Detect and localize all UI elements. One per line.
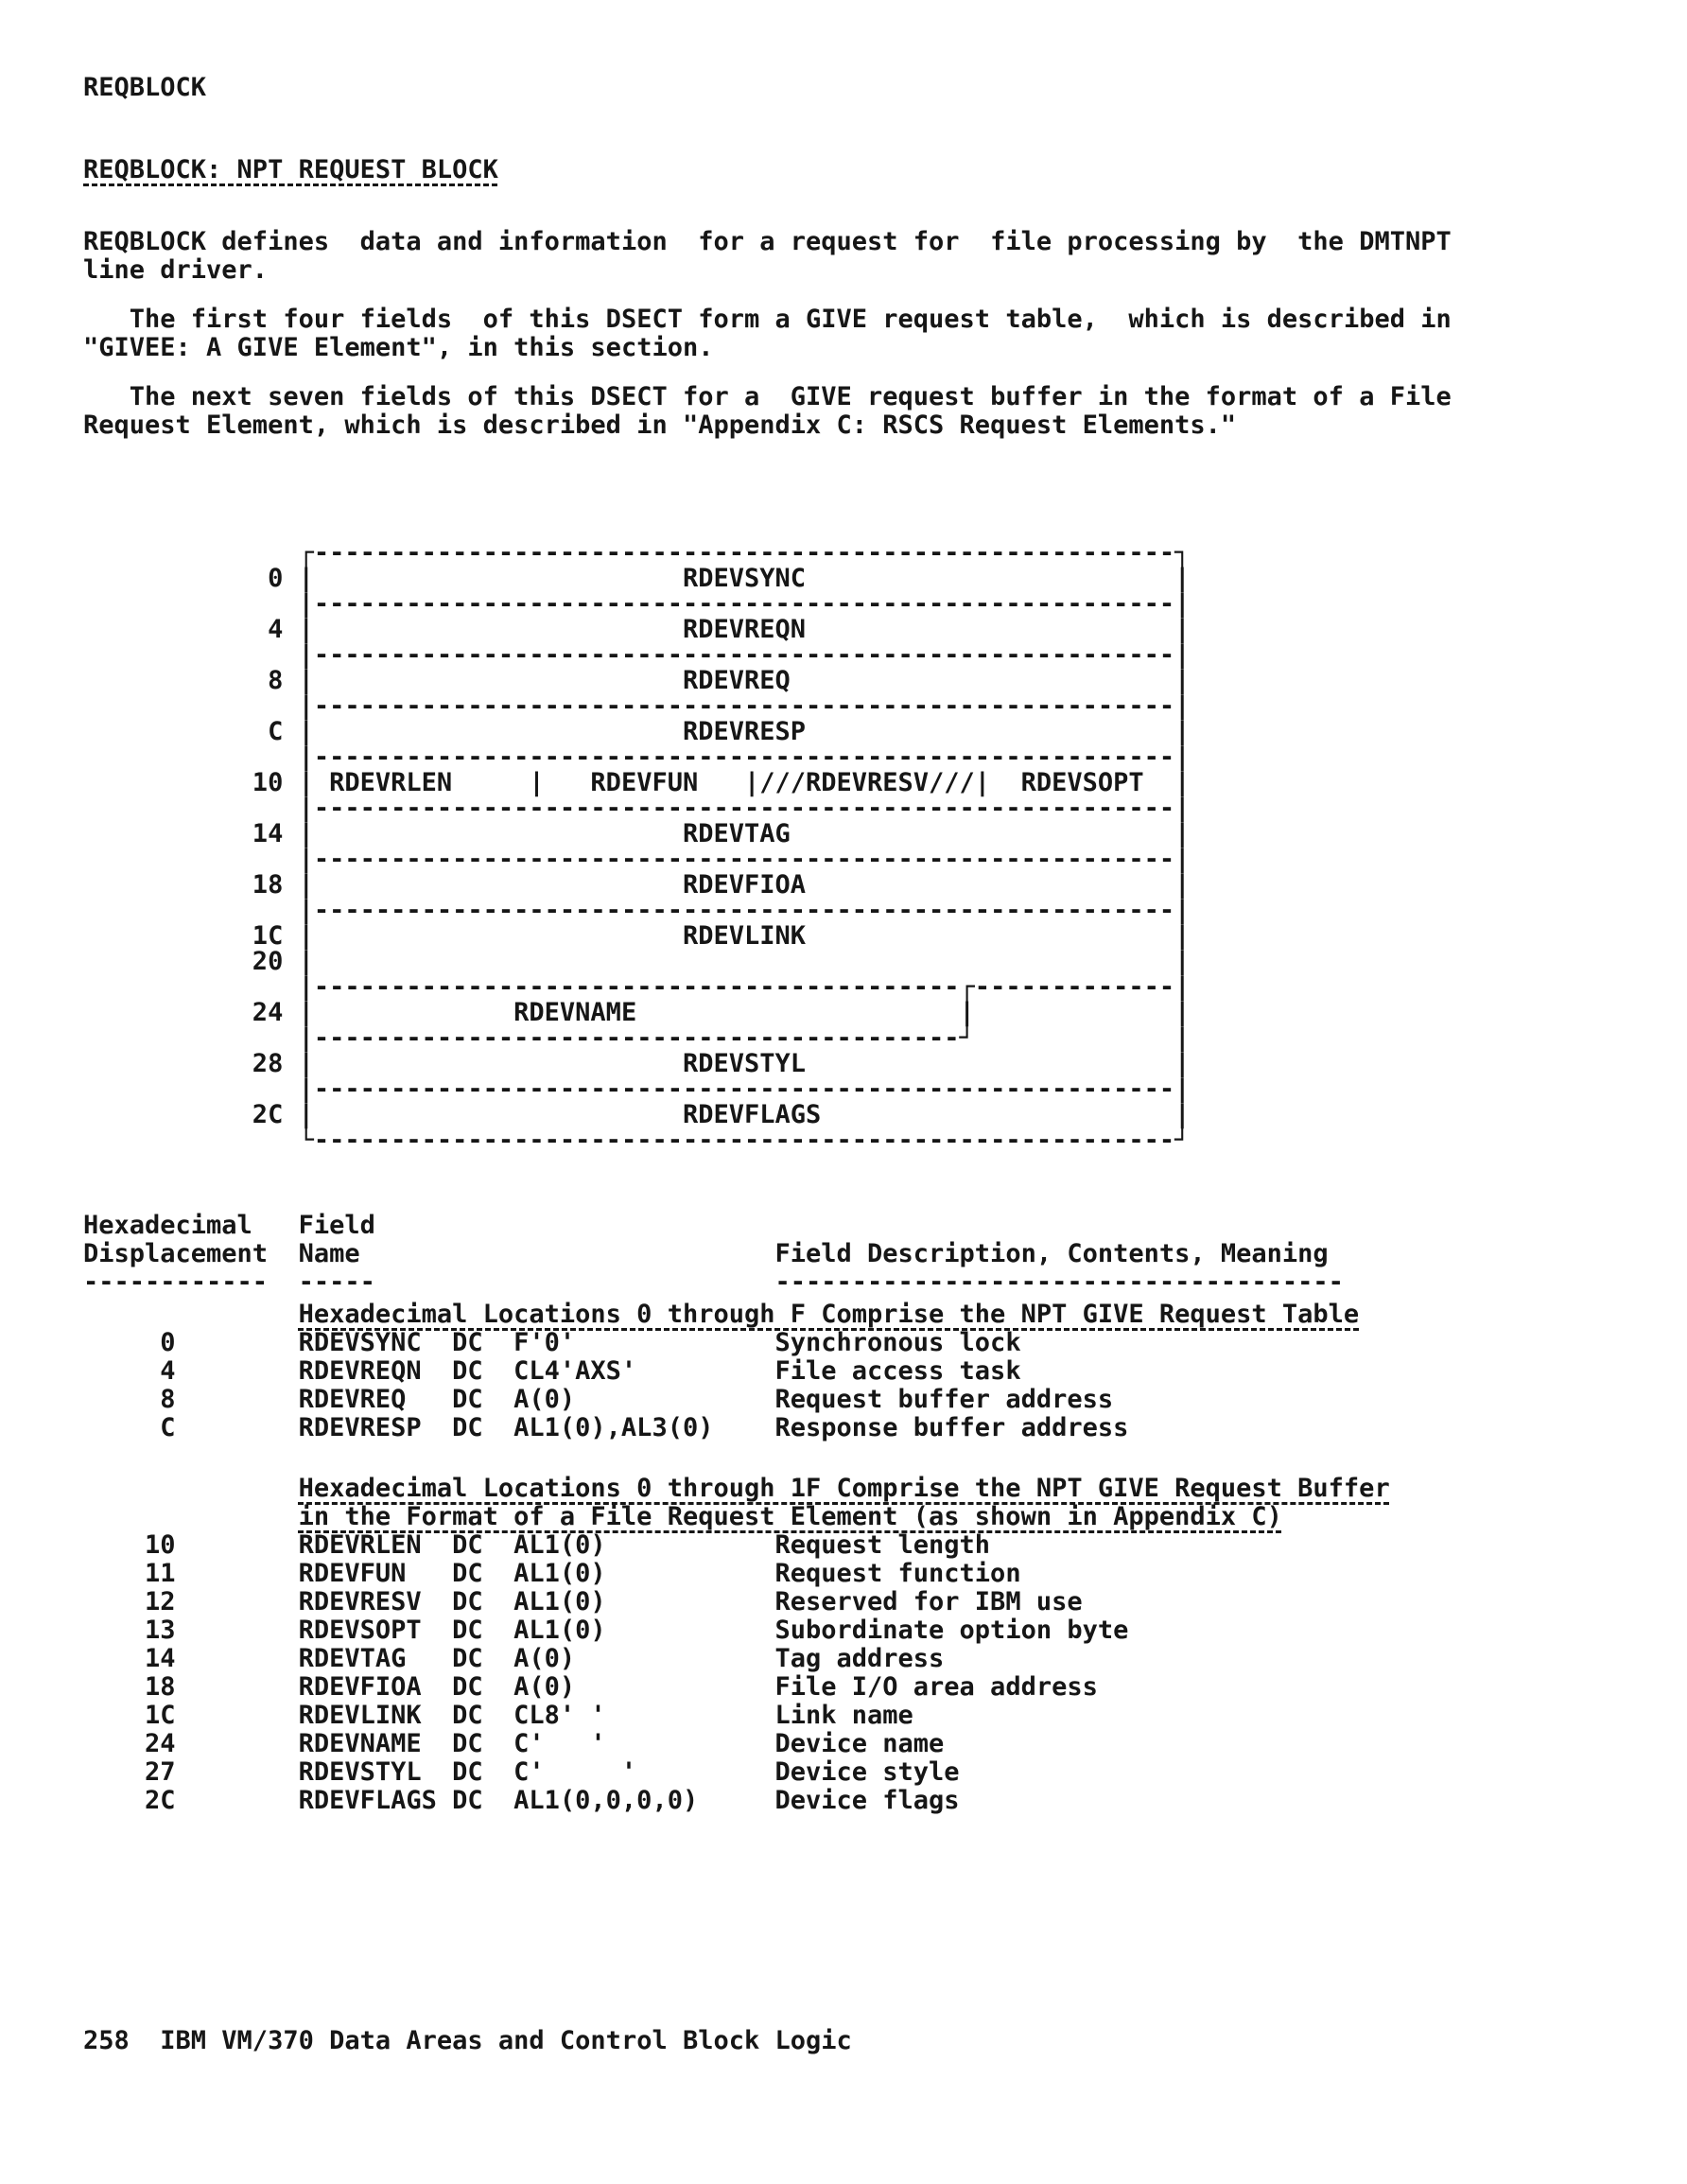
cell-displacement: 24: [83, 1730, 176, 1758]
running-head: REQBLOCK: [83, 74, 1687, 102]
cell-operand: CL8' ': [513, 1702, 606, 1730]
rule-displacement: ------------: [83, 1268, 268, 1297]
table-row: 27 RDEVSTYL DC C' ' Device style: [83, 1758, 1687, 1787]
cell-field-name: RDEVRLEN: [299, 1531, 422, 1560]
cell-field-name: RDEVFLAGS: [299, 1787, 437, 1815]
cell-displacement: 2C: [83, 1787, 176, 1815]
cell-displacement: 11: [83, 1560, 176, 1588]
cell-displacement: 27: [83, 1758, 176, 1787]
cell-dc: DC: [452, 1560, 483, 1588]
cell-description: Request buffer address: [774, 1386, 1113, 1414]
cell-description: File access task: [774, 1357, 1020, 1386]
paragraph-line: line driver.: [83, 256, 1687, 285]
cell-dc: DC: [452, 1787, 483, 1815]
cell-field-name: RDEVSTYL: [299, 1758, 422, 1787]
cell-description: Subordinate option byte: [774, 1616, 1128, 1645]
cell-dc: DC: [452, 1702, 483, 1730]
col-header-description: Field Description, Contents, Meaning: [774, 1240, 1328, 1268]
cell-description: Response buffer address: [774, 1414, 1128, 1442]
diagram-line: C | RDEVRESP |: [83, 719, 1687, 744]
cell-field-name: RDEVFIOA: [299, 1673, 422, 1702]
diagram-line: 24 | RDEVNAME | |: [83, 1000, 1687, 1025]
paragraph-give-buffer: The next seven fields of this DSECT for …: [83, 383, 1687, 440]
cell-field-name: RDEVREQ: [299, 1386, 407, 1414]
cell-operand: AL1(0): [513, 1560, 606, 1588]
col-header-displacement-1: Hexadecimal: [83, 1212, 252, 1240]
diagram-line: |---------------------------------------…: [83, 795, 1687, 821]
cell-description: Reserved for IBM use: [774, 1588, 1082, 1616]
page-title: REQBLOCK: NPT REQUEST BLOCK: [83, 155, 498, 184]
table-header-rule: ------------ ----- ---------------------…: [83, 1268, 1687, 1297]
paragraph-line: REQBLOCK defines data and information fo…: [83, 228, 1687, 256]
cell-dc: DC: [452, 1414, 483, 1442]
cell-displacement: 8: [83, 1386, 176, 1414]
section-heading-give-request-buffer-2: in the Format of a File Request Element …: [83, 1503, 1687, 1531]
table-row: 24 RDEVNAME DC C' ' Device name: [83, 1730, 1687, 1758]
cell-displacement: 18: [83, 1673, 176, 1702]
diagram-line: |---------------------------------------…: [83, 1076, 1687, 1102]
cell-operand: A(0): [513, 1386, 575, 1414]
cell-displacement: 14: [83, 1645, 176, 1673]
cell-description: Request function: [774, 1560, 1020, 1588]
cell-dc: DC: [452, 1386, 483, 1414]
col-header-name-1: Field: [299, 1212, 375, 1240]
diagram-line: ┌---------------------------------------…: [83, 540, 1687, 566]
cell-field-name: RDEVSYNC: [299, 1329, 422, 1357]
cell-field-name: RDEVFUN: [299, 1560, 407, 1588]
page-footer: 258 IBM VM/370 Data Areas and Control Bl…: [83, 2026, 852, 2055]
table-row: 8 RDEVREQ DC A(0) Request buffer address: [83, 1386, 1687, 1414]
table-row: 18 RDEVFIOA DC A(0) File I/O area addres…: [83, 1673, 1687, 1702]
table-row: C RDEVRESP DC AL1(0),AL3(0) Response buf…: [83, 1414, 1687, 1442]
cell-dc: DC: [452, 1329, 483, 1357]
cell-operand: C' ': [513, 1758, 636, 1787]
scanned-manual-page: { "page": { "running_head": "REQBLOCK", …: [0, 0, 1687, 2184]
diagram-line: |---------------------------------------…: [83, 642, 1687, 668]
cell-displacement: 10: [83, 1531, 176, 1560]
table-row: 0 RDEVSYNC DC F'0' Synchronous lock: [83, 1329, 1687, 1357]
section-heading-give-request-buffer: Hexadecimal Locations 0 through 1F Compr…: [83, 1475, 1687, 1503]
table-header-line-1: Hexadecimal Field: [83, 1212, 1687, 1240]
cell-description: Device flags: [774, 1787, 959, 1815]
cell-field-name: RDEVTAG: [299, 1645, 407, 1673]
paragraph-line: "GIVEE: A GIVE Element", in this section…: [83, 334, 1687, 362]
col-header-displacement-2: Displacement: [83, 1240, 268, 1268]
diagram-line: 0 | RDEVSYNC |: [83, 566, 1687, 591]
rule-description: -------------------------------------: [774, 1268, 1343, 1297]
diagram-line: 10 | RDEVRLEN | RDEVFUN |///RDEVRESV///|…: [83, 770, 1687, 795]
table-row: 1C RDEVLINK DC CL8' ' Link name: [83, 1702, 1687, 1730]
diagram-line: 18 | RDEVFIOA |: [83, 872, 1687, 898]
diagram-line: |---------------------------------------…: [83, 1025, 1687, 1051]
diagram-line: 20 | |: [83, 949, 1687, 974]
cell-field-name: RDEVREQN: [299, 1357, 422, 1386]
cell-field-name: RDEVNAME: [299, 1730, 422, 1758]
cell-field-name: RDEVLINK: [299, 1702, 422, 1730]
section-heading-give-request-table: Hexadecimal Locations 0 through F Compri…: [83, 1301, 1687, 1329]
diagram-line: 4 | RDEVREQN |: [83, 617, 1687, 642]
diagram-line: |---------------------------------------…: [83, 898, 1687, 923]
cell-displacement: 0: [83, 1329, 176, 1357]
cell-description: Link name: [774, 1702, 913, 1730]
cell-operand: CL4'AXS': [513, 1357, 636, 1386]
diagram-line: |---------------------------------------…: [83, 744, 1687, 770]
dsect-field-diagram: ┌---------------------------------------…: [83, 540, 1687, 1153]
table-row: 4 RDEVREQN DC CL4'AXS' File access task: [83, 1357, 1687, 1386]
cell-dc: DC: [452, 1730, 483, 1758]
cell-dc: DC: [452, 1673, 483, 1702]
diagram-line: |---------------------------------------…: [83, 974, 1687, 1000]
table-row: 10 RDEVRLEN DC AL1(0) Request length: [83, 1531, 1687, 1560]
table-row: 2C RDEVFLAGS DC AL1(0,0,0,0) Device flag…: [83, 1787, 1687, 1815]
diagram-line: |---------------------------------------…: [83, 693, 1687, 719]
diagram-line: |---------------------------------------…: [83, 591, 1687, 617]
cell-operand: A(0): [513, 1673, 575, 1702]
cell-displacement: 4: [83, 1357, 176, 1386]
cell-operand: A(0): [513, 1645, 575, 1673]
diagram-line: 2C | RDEVFLAGS |: [83, 1102, 1687, 1127]
col-header-name-2: Name: [299, 1240, 360, 1268]
cell-displacement: 13: [83, 1616, 176, 1645]
cell-description: Device style: [774, 1758, 959, 1787]
paragraph-give-table: The first four fields of this DSECT form…: [83, 306, 1687, 362]
cell-operand: AL1(0),AL3(0): [513, 1414, 713, 1442]
cell-field-name: RDEVSOPT: [299, 1616, 422, 1645]
cell-operand: AL1(0): [513, 1588, 606, 1616]
table-row: 12 RDEVRESV DC AL1(0) Reserved for IBM u…: [83, 1588, 1687, 1616]
diagram-line: 8 | RDEVREQ |: [83, 668, 1687, 693]
cell-operand: C' ': [513, 1730, 606, 1758]
table-row: 11 RDEVFUN DC AL1(0) Request function: [83, 1560, 1687, 1588]
cell-operand: F'0': [513, 1329, 575, 1357]
cell-operand: AL1(0): [513, 1531, 606, 1560]
cell-field-name: RDEVRESV: [299, 1588, 422, 1616]
cell-field-name: RDEVRESP: [299, 1414, 422, 1442]
diagram-line: 14 | RDEVTAG |: [83, 821, 1687, 847]
cell-displacement: 12: [83, 1588, 176, 1616]
cell-description: Request length: [774, 1531, 990, 1560]
cell-description: File I/O area address: [774, 1673, 1097, 1702]
diagram-line: 28 | RDEVSTYL |: [83, 1051, 1687, 1076]
cell-dc: DC: [452, 1645, 483, 1673]
cell-dc: DC: [452, 1616, 483, 1645]
paragraph-line: Request Element, which is described in "…: [83, 411, 1687, 440]
manual-page: REQBLOCK REQBLOCK: NPT REQUEST BLOCK REQ…: [0, 0, 1687, 2184]
cell-description: Synchronous lock: [774, 1329, 1020, 1357]
table-row: 14 RDEVTAG DC A(0) Tag address: [83, 1645, 1687, 1673]
table-header-line-2: Displacement Name Field Description, Con…: [83, 1240, 1687, 1268]
cell-dc: DC: [452, 1588, 483, 1616]
cell-dc: DC: [452, 1357, 483, 1386]
cell-displacement: 1C: [83, 1702, 176, 1730]
paragraph-line: The first four fields of this DSECT form…: [83, 306, 1687, 334]
cell-operand: AL1(0): [513, 1616, 606, 1645]
cell-description: Device name: [774, 1730, 944, 1758]
cell-displacement: C: [83, 1414, 176, 1442]
cell-dc: DC: [452, 1758, 483, 1787]
rule-name: -----: [299, 1268, 375, 1297]
cell-dc: DC: [452, 1531, 483, 1560]
diagram-line: └---------------------------------------…: [83, 1127, 1687, 1153]
cell-operand: AL1(0,0,0,0): [513, 1787, 698, 1815]
field-description-table: Hexadecimal Field Displacement Name Fiel…: [83, 1212, 1687, 1815]
paragraph-intro: REQBLOCK defines data and information fo…: [83, 228, 1687, 285]
paragraph-line: The next seven fields of this DSECT for …: [83, 383, 1687, 411]
table-row: 13 RDEVSOPT DC AL1(0) Subordinate option…: [83, 1616, 1687, 1645]
diagram-line: |---------------------------------------…: [83, 847, 1687, 872]
cell-description: Tag address: [774, 1645, 944, 1673]
diagram-line: 1C | RDEVLINK |: [83, 923, 1687, 949]
